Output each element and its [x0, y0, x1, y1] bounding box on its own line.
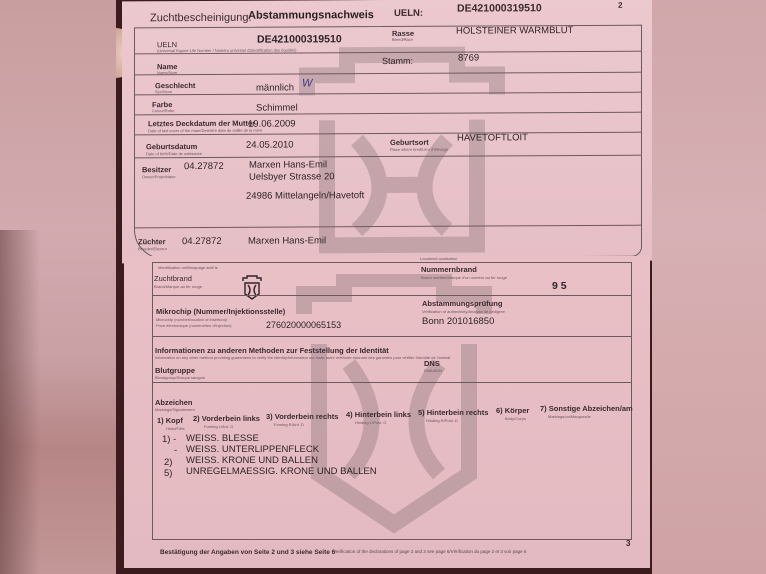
col-vorderbein-links: 2) Vorderbein links	[193, 414, 260, 423]
besitzer-id: 04.27872	[184, 161, 224, 172]
blurred-right-margin	[652, 0, 766, 574]
nummernbrand-label: Nummernbrand	[421, 265, 477, 274]
zuchtbrand-sublabel: Brand/Marque au fer rouge	[154, 284, 202, 289]
geburtsort-sublabel: Place where bred/Lieu d'élevage	[390, 147, 448, 152]
zuechter-sublabel: Breeder/Eleveur	[138, 246, 167, 251]
handwritten-mark: W	[302, 77, 312, 89]
dns-sublabel: DNA/ADN	[424, 368, 442, 373]
rasse-value: HOLSTEINER WARMBLUT	[456, 25, 573, 37]
holstein-brand-icon	[241, 275, 263, 301]
page-3-identification: Identification on/Marquage actif le Loca…	[124, 256, 650, 568]
identitaet-sublabel: Information on any other method providin…	[155, 355, 450, 360]
nummernbrand-sublabel: Brand number/Marque d'un numéro au fer r…	[421, 275, 507, 280]
col-kopf: 1) Kopf	[157, 416, 183, 425]
certificate-title: Abstammungsnachweis	[248, 9, 374, 22]
entry-text: WEISS. BLESSE	[186, 433, 259, 444]
blutgruppe-sublabel: Bloodgroup/Groupe sanguin	[155, 375, 205, 380]
zuchtbrand-label: Zuchtbrand	[154, 274, 192, 283]
col-hinterbein-links-sub: Hindleg L/Post. G	[355, 420, 386, 425]
footer-confirmation-translation: /Verification of the declarations of pag…	[332, 549, 526, 554]
zuechter-label: Züchter	[138, 237, 166, 246]
entry-text: WEISS. KRONE UND BALLEN	[186, 455, 318, 466]
entry-text: WEISS. UNTERLIPPENFLECK	[186, 444, 319, 455]
abzeichen-label: Abzeichen	[155, 398, 193, 407]
col-hinterbein-rechts-sub: Hindleg R/Post. D	[426, 418, 458, 423]
mikrochip-sublabel-2: Puce électronique (numéro/lieu d'injecti…	[156, 323, 231, 328]
identitaet-label: Informationen zu anderen Methoden zur Fe…	[155, 346, 389, 355]
besitzer-city: 24986 Mittelangeln/Havetoft	[246, 190, 364, 202]
page-3-frame	[152, 262, 632, 540]
entry-text: UNREGELMAESSIG. KRONE UND BALLEN	[186, 466, 377, 477]
col-vorderbein-links-sub: Foreleg L/Ant. G	[204, 424, 233, 429]
mikrochip-label: Mikrochip (Nummer/Injektionsstelle)	[156, 307, 285, 316]
mikrochip-value: 276020000065153	[266, 320, 341, 330]
ueln-value: DE421000319510	[257, 33, 342, 45]
abzeichen-sublabel: Markings/Signalement	[155, 407, 195, 412]
header-ueln-label: UELN:	[394, 8, 423, 19]
stamm-value: 8769	[458, 53, 479, 64]
col-sonstige-sub: Markings/on/Marques/le	[548, 414, 591, 419]
identification-sublabel: Identification on/Marquage actif le	[158, 265, 218, 270]
geburtsort-label: Geburtsort	[390, 138, 429, 147]
page-2-pedigree: Zuchtbescheinigung: Abstammungsnachweis …	[122, 0, 652, 263]
abstammungspruefung-label: Abstammungsprüfung	[422, 299, 502, 308]
deckdatum-sublabel: Date of last cover of the mare/Dernière …	[148, 128, 263, 134]
col-koerper: 6) Körper	[496, 406, 529, 415]
geburtsdatum-value: 24.05.2010	[246, 139, 294, 150]
page-number-3: 3	[626, 539, 630, 548]
entry-num: -	[174, 445, 177, 456]
footer-confirmation: Bestätigung der Angaben von Seite 2 und …	[160, 549, 335, 556]
farbe-sublabel: Colour/Robe	[152, 108, 174, 113]
dns-label: DNS	[424, 359, 440, 368]
col-sonstige: 7) Sonstige Abzeichen/am	[540, 404, 633, 413]
entry-num: 2)	[164, 457, 172, 468]
geburtsdatum-label: Geburtsdatum	[146, 142, 197, 151]
entry-num: 5)	[164, 468, 172, 479]
header-ueln-value: DE421000319510	[457, 2, 542, 14]
blurred-left-margin	[0, 0, 116, 574]
col-kopf-sub: Head/Tête	[166, 426, 185, 431]
location-sublabel: Location/Localisation	[420, 256, 457, 261]
besitzer-street: Uelsbyer Strasse 20	[249, 171, 335, 182]
col-hinterbein-links: 4) Hinterbein links	[346, 410, 411, 419]
col-vorderbein-rechts: 3) Vorderbein rechts	[266, 412, 338, 421]
zuechter-id: 04.27872	[182, 236, 222, 247]
nummernbrand-value: 9 5	[552, 280, 567, 292]
abstammungspruefung-sublabel: Verification of authenticity/Analyse de …	[422, 309, 505, 314]
blutgruppe-label: Blutgruppe	[155, 366, 195, 375]
certificate-title-prefix: Zuchtbescheinigung:	[150, 12, 252, 25]
besitzer-label: Besitzer	[142, 165, 171, 174]
geburtsort-value: HAVETOFTLOIT	[457, 132, 528, 143]
rasse-sublabel: Breed/Race	[392, 37, 413, 42]
besitzer-sublabel: Owner/Propriétaire	[142, 174, 176, 179]
zuechter-name: Marxen Hans-Emil	[248, 235, 326, 246]
geschlecht-value: männlich	[256, 82, 294, 93]
col-vorderbein-rechts-sub: Foreleg R/Ant. D	[274, 422, 304, 427]
entry-num: 1) -	[162, 434, 176, 445]
stamm-label: Stamm:	[382, 56, 413, 66]
page-number-2: 2	[618, 1, 622, 10]
col-hinterbein-rechts: 5) Hinterbein rechts	[418, 408, 488, 417]
abstammungspruefung-value: Bonn 201016850	[422, 316, 494, 327]
geburtsdatum-sublabel: Date of birth/Date de naissance	[146, 151, 202, 156]
mikrochip-sublabel-1: Microchip (number/location of insertion)…	[156, 317, 227, 322]
deckdatum-value: 19.06.2009	[248, 118, 296, 129]
farbe-value: Schimmel	[256, 102, 298, 113]
besitzer-name: Marxen Hans-Emil	[249, 159, 327, 170]
col-koerper-sub: Body/Corps	[505, 416, 526, 421]
